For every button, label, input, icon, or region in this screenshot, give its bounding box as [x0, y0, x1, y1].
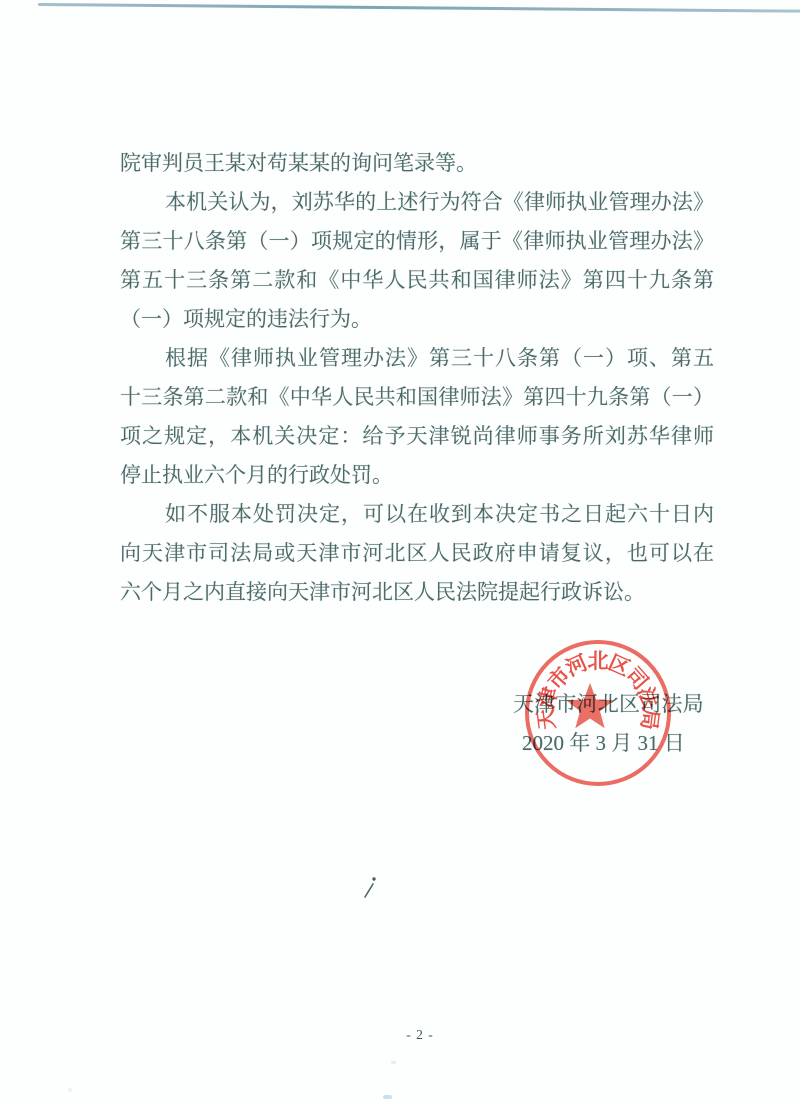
scan-edge-artifact: [38, 3, 800, 13]
body-line: 根据《律师执业管理办法》第三十八条第（一）项、第五: [120, 339, 714, 378]
seal-star-icon: [566, 683, 614, 728]
body-line: 向天津市司法局或天津市河北区人民政府申请复议，也可以在: [120, 534, 714, 573]
body-line: 六个月之内直接向天津市河北区人民法院提起行政诉讼。: [120, 573, 714, 612]
seal-character: 局: [636, 707, 662, 731]
official-seal-stamp: 天津市河北区司法局: [523, 637, 673, 787]
body-line: 十三条第二款和《中华人民共和国律师法》第四十九条第（一）: [120, 378, 714, 417]
body-line: 院审判员王某对苟某某的询问笔录等。: [120, 144, 714, 183]
scan-ink-mark: [360, 872, 384, 900]
decision-body-text: 院审判员王某对苟某某的询问笔录等。本机关认为，刘苏华的上述行为符合《律师执业管理…: [120, 144, 714, 612]
body-line: 第五十三条第二款和《中华人民共和国律师法》第四十九条第: [120, 261, 714, 300]
body-line: 第三十八条第（一）项规定的情形，属于《律师执业管理办法》: [120, 222, 714, 261]
scanned-document-page: 院审判员王某对苟某某的询问笔录等。本机关认为，刘苏华的上述行为符合《律师执业管理…: [0, 0, 800, 1102]
body-line: 停止执业六个月的行政处罚。: [120, 456, 714, 495]
body-line: 本机关认为，刘苏华的上述行为符合《律师执业管理办法》: [120, 183, 714, 222]
body-line: 项之规定，本机关决定：给予天津锐尚律师事务所刘苏华律师: [120, 417, 714, 456]
page-number: - 2 -: [400, 1026, 440, 1044]
body-line: （一）项规定的违法行为。: [120, 300, 714, 339]
scan-speck: [391, 1061, 396, 1064]
scan-speck: [383, 1095, 392, 1099]
body-line: 如不服本处罚决定，可以在收到本决定书之日起六十日内: [120, 495, 714, 534]
scan-speck: [68, 1088, 72, 1092]
